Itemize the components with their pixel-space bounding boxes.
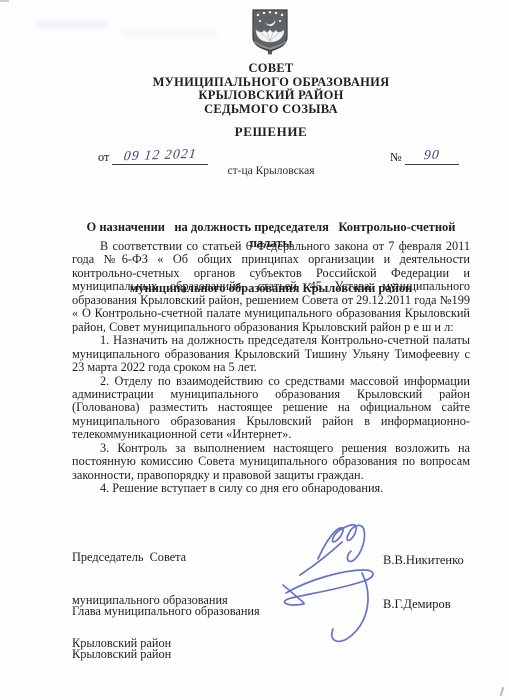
org-line-municipality: МУНИЦИПАЛЬНОГО ОБРАЗОВАНИЯ (72, 76, 470, 90)
number-fill-line: 90 (405, 147, 459, 165)
signatory-name-nikitenko: В.В.Никитенко (383, 553, 464, 568)
organization-header: СОВЕТ МУНИЦИПАЛЬНОГО ОБРАЗОВАНИЯ КРЫЛОВС… (72, 62, 470, 116)
scan-edge-mark (0, 0, 9, 2)
org-line-district: КРЫЛОВСКИЙ РАЙОН (72, 89, 470, 103)
role-line: Председатель Совета (72, 550, 228, 564)
date-value-handwritten: 09 12 2021 (123, 146, 198, 165)
signature-nikitenko-ink (300, 525, 365, 575)
signature-demirov-ink (283, 570, 373, 641)
document-page: СОВЕТ МУНИЦИПАЛЬНОГО ОБРАЗОВАНИЯ КРЫЛОВС… (0, 0, 509, 700)
org-line-council: СОВЕТ (72, 62, 470, 76)
document-type-heading: РЕШЕНИЕ (72, 124, 470, 140)
role-line: Глава муниципального образования (72, 604, 260, 618)
paragraph-item-1: 1. Назначить на должность председателя К… (72, 334, 470, 374)
org-line-convocation: СЕДЬМОГО СОЗЫВА (72, 103, 470, 117)
number-group: № 90 (390, 147, 459, 165)
place-name: ст-ца Крыловская (72, 165, 470, 177)
signatory-name-demirov: В.Г.Демиров (383, 597, 451, 612)
paragraph-item-4: 4. Решение вступает в силу со дня его об… (72, 482, 470, 495)
date-group: от 09 12 2021 (98, 147, 208, 165)
number-value-handwritten: 90 (423, 147, 441, 164)
coat-of-arms-image (251, 8, 289, 56)
signatory-role-head: Глава муниципального образования Крыловс… (72, 575, 260, 690)
paragraph-item-2: 2. Отделу по взаимодействию со средствам… (72, 375, 470, 442)
paragraph-item-3: 3. Контроль за выполнением настоящего ре… (72, 442, 470, 482)
scan-bleedthrough-artifact (36, 20, 108, 29)
role-line: Крыловский район (72, 647, 260, 661)
coat-of-arms (251, 8, 289, 56)
number-label: № (390, 150, 402, 164)
scan-corner-mark (500, 687, 505, 696)
document-body: В соответствии со статьей 6 Федерального… (72, 240, 470, 496)
date-label: от (98, 150, 109, 164)
scan-bleedthrough-artifact (122, 30, 218, 38)
date-fill-line: 09 12 2021 (112, 147, 208, 165)
handwritten-signatures (270, 515, 420, 655)
paragraph-preamble: В соответствии со статьей 6 Федерального… (72, 240, 470, 334)
